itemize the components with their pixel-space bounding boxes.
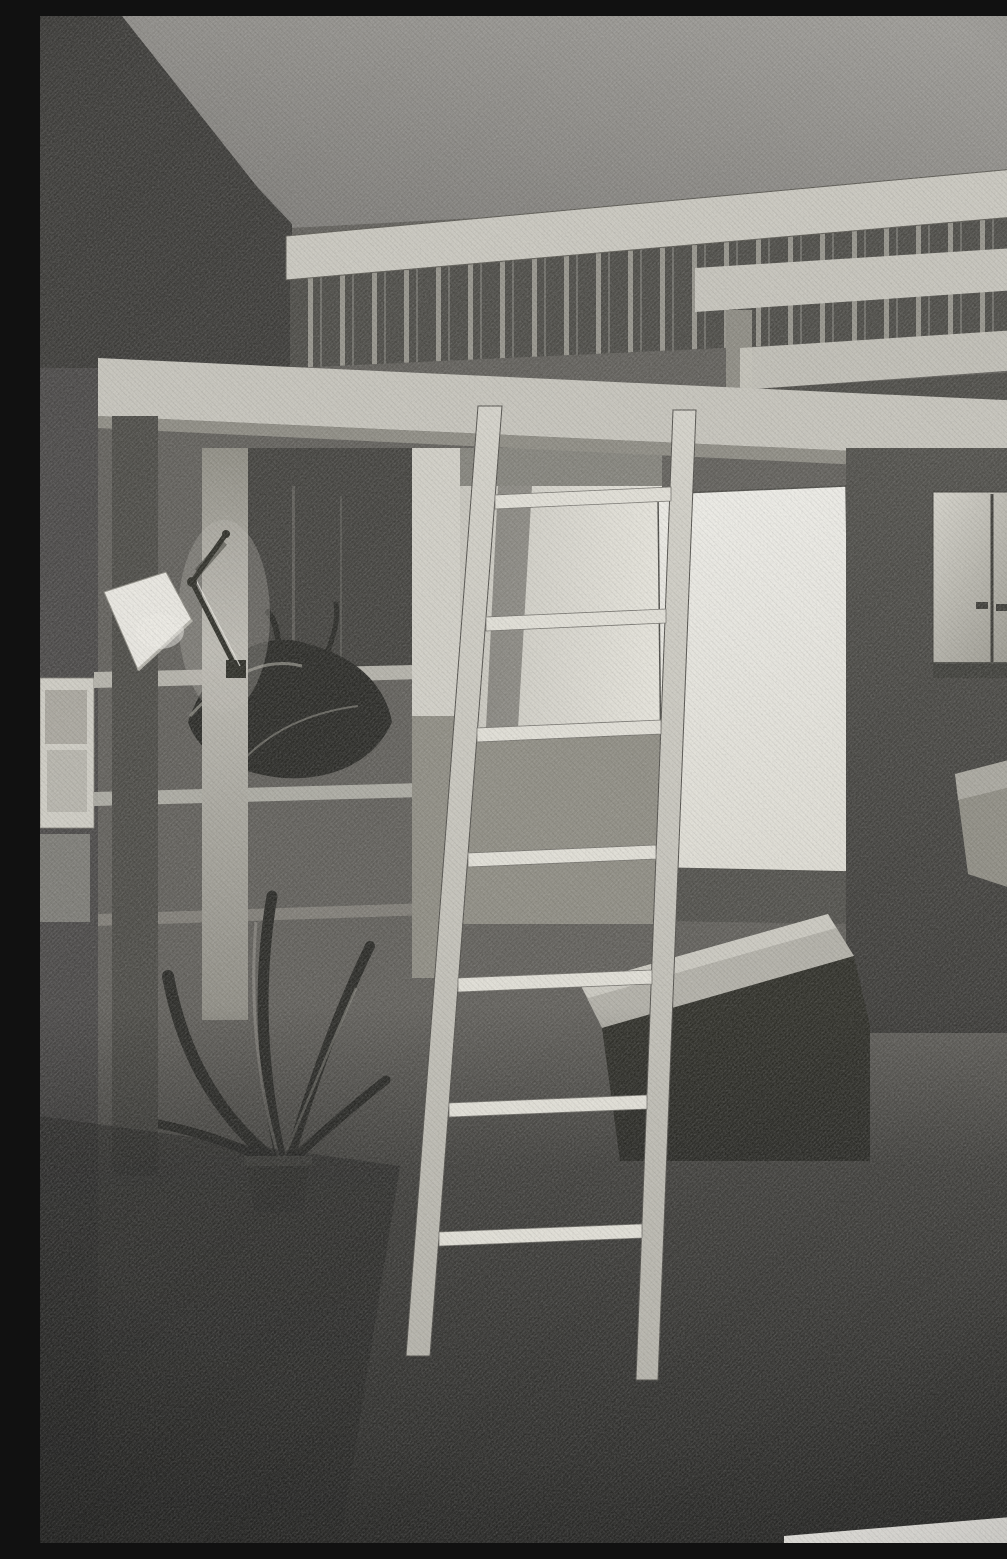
film-grain-overlay [40,16,1007,1543]
room-photograph: Grainy black-and-white halftone photogra… [40,16,1007,1543]
room-photo-canvas [40,16,1007,1543]
